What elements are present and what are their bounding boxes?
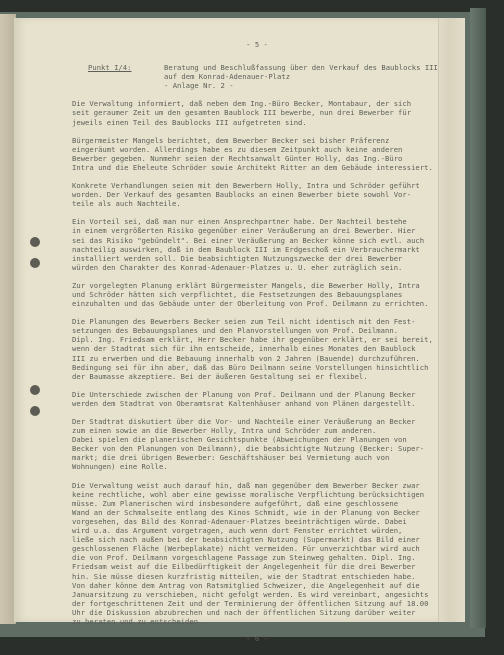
document-body: - 5 - Punkt I/4: Beratung und Beschlußfa…: [72, 40, 452, 643]
paragraph: Zur vorgelegten Planung erklärt Bürgerme…: [72, 281, 452, 308]
paragraph: Die Verwaltung weist auch darauf hin, da…: [72, 481, 452, 627]
agenda-heading: Punkt I/4: Beratung und Beschlußfassung …: [72, 63, 452, 90]
paragraph: Der Stadtrat diskutiert über die Vor- un…: [72, 417, 452, 472]
heading-line: Beratung und Beschlußfassung über den Ve…: [164, 63, 438, 72]
paragraph: Bürgermeister Mangels berichtet, dem Bew…: [72, 136, 452, 172]
paragraph: Die Verwaltung informiert, daß neben dem…: [72, 99, 452, 126]
agenda-item-title: Beratung und Beschlußfassung über den Ve…: [164, 63, 438, 90]
punch-hole-icon: [30, 385, 40, 395]
binder-edge: [470, 8, 486, 628]
punch-hole-icon: [30, 406, 40, 416]
paragraph: Die Planungen des Bewerbers Becker seien…: [72, 317, 452, 381]
agenda-item-label: Punkt I/4:: [88, 63, 164, 90]
punch-hole-icon: [30, 237, 40, 247]
paragraph: Konkrete Verhandlungen seien mit den Bew…: [72, 181, 452, 208]
paragraph: Die Unterschiede zwischen der Planung vo…: [72, 390, 452, 408]
page-number-bottom: - 6 -: [62, 634, 452, 643]
punch-hole-icon: [30, 258, 40, 268]
paragraph: Ein Vorteil sei, daß man nur einen Anspr…: [72, 217, 452, 272]
heading-line: - Anlage Nr. 2 -: [164, 81, 438, 90]
heading-line: auf dem Konrad-Adenauer-Platz: [164, 72, 438, 81]
page-number-top: - 5 -: [62, 40, 452, 49]
